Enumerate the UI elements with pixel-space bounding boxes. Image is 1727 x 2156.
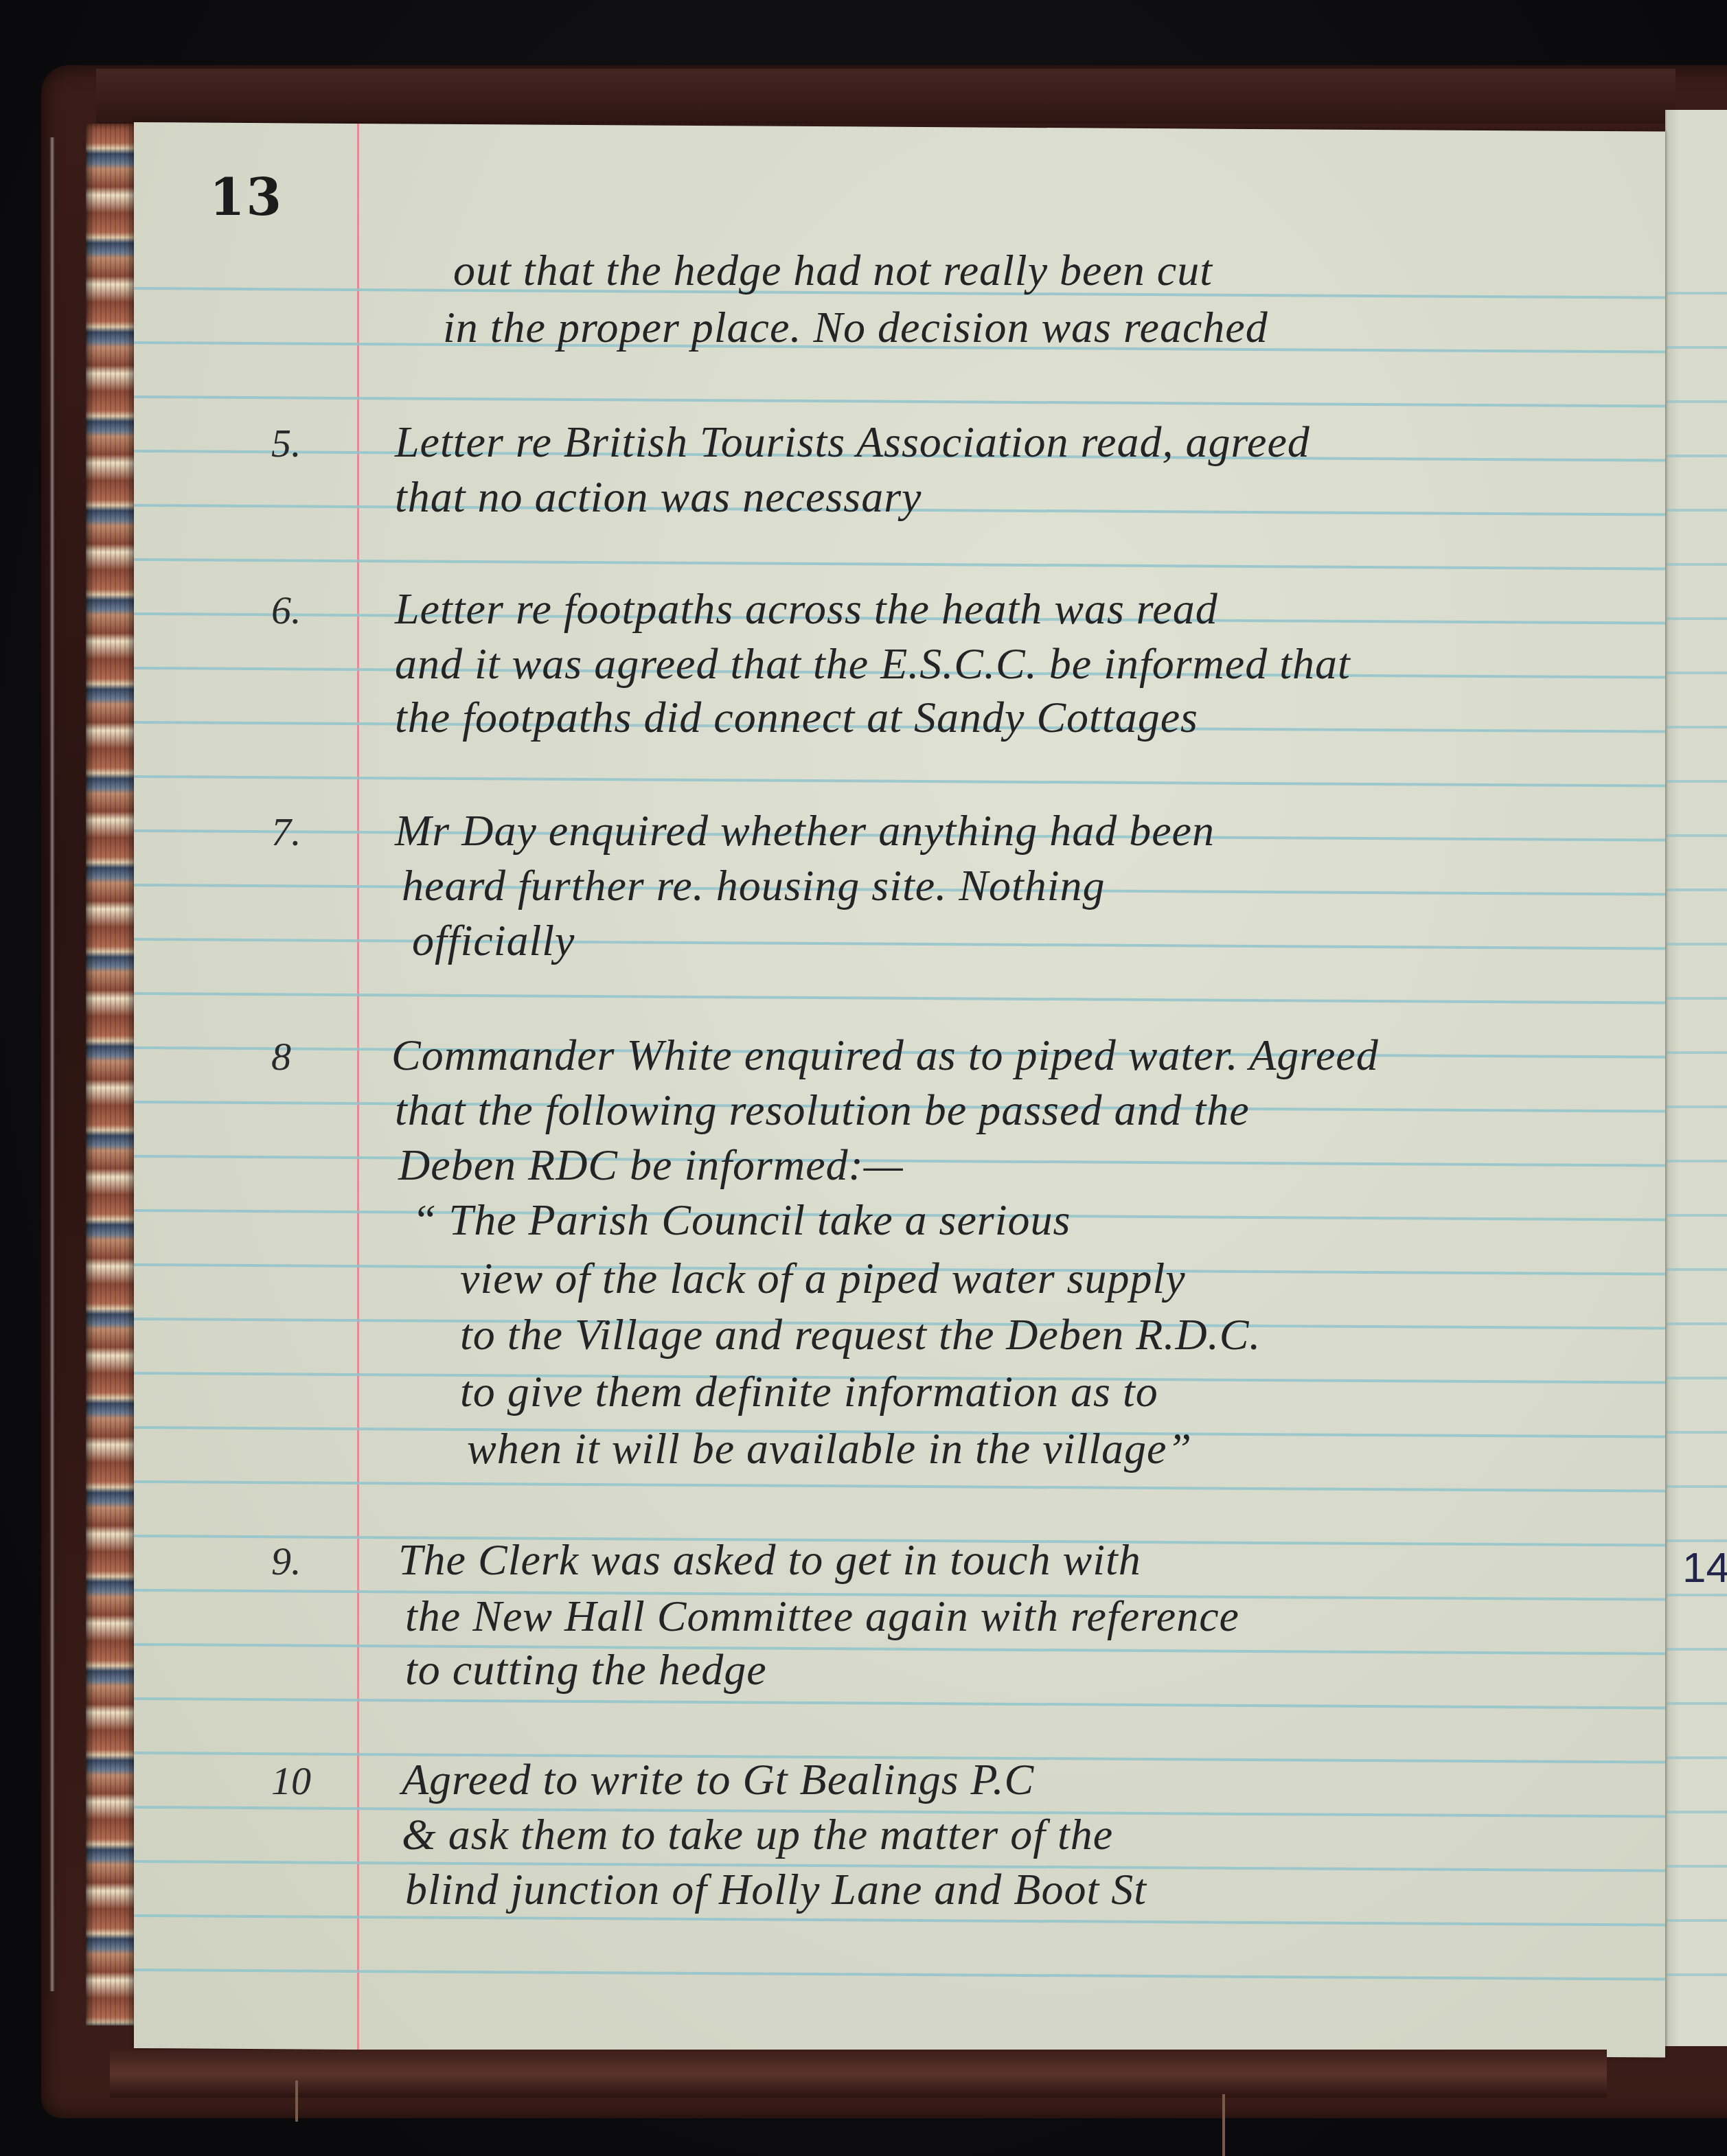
rule-line (1667, 888, 1727, 891)
handwritten-line: that the following resolution be passed … (395, 1088, 1250, 1132)
rule-line (134, 775, 1665, 788)
rule-line (1667, 1160, 1727, 1162)
rule-line (1667, 400, 1727, 403)
frayed-thread (295, 2080, 298, 2122)
rule-line (1667, 1377, 1727, 1379)
handwritten-line: Letter re British Tourists Association r… (395, 420, 1310, 464)
rule-line (134, 1969, 1665, 1981)
cover-top-edge (96, 69, 1675, 124)
rule-line (1667, 455, 1727, 457)
item-number: 10 (271, 1758, 311, 1804)
rule-line (1667, 509, 1727, 512)
rule-line (1667, 1322, 1727, 1325)
rule-line (1667, 1594, 1727, 1596)
rule-line (1667, 1539, 1727, 1542)
rule-line (1667, 1214, 1727, 1217)
rule-line (1667, 1811, 1727, 1813)
rule-line (1667, 346, 1727, 349)
cover-bottom-edge (110, 2050, 1607, 2098)
rule-line (1667, 1268, 1727, 1271)
handwritten-line: to the Village and request the Deben R.D… (460, 1313, 1261, 1357)
rule-line (134, 1643, 1665, 1655)
handwritten-line: when it will be available in the village… (467, 1427, 1192, 1471)
rule-line (1667, 563, 1727, 566)
rule-line (1667, 672, 1727, 674)
rule-line (134, 558, 1665, 571)
rule-line (1667, 726, 1727, 729)
rule-line (1667, 943, 1727, 945)
rule-line (1667, 1865, 1727, 1868)
scan-background: 14 13 out that the hedge had not really … (0, 0, 1727, 2156)
rule-line (1667, 1648, 1727, 1651)
handwritten-line: Agreed to write to Gt Bealings P.C (402, 1758, 1034, 1802)
item-number: 5. (271, 420, 301, 466)
handwritten-line: Deben RDC be informed:— (398, 1143, 904, 1187)
marbled-page-edges (86, 124, 134, 2026)
rule-line (1667, 292, 1727, 295)
handwritten-line: out that the hedge had not really been c… (453, 249, 1213, 293)
rule-line (1667, 834, 1727, 837)
item-number: 9. (271, 1538, 301, 1584)
page-number: 13 (209, 168, 283, 227)
rule-line (1667, 1702, 1727, 1705)
rule-line (1667, 617, 1727, 620)
item-number: 7. (271, 809, 301, 855)
rule-line (1667, 780, 1727, 783)
handwritten-line: blind junction of Holly Lane and Boot St (405, 1868, 1147, 1912)
handwritten-line: and it was agreed that the E.S.C.C. be i… (395, 642, 1351, 686)
rule-line (134, 938, 1665, 950)
rule-line (1667, 1756, 1727, 1759)
rule-line (1667, 1105, 1727, 1108)
handwritten-line: to give them definite information as to (460, 1370, 1158, 1414)
handwritten-line: Commander White enquired as to piped wat… (391, 1033, 1379, 1077)
handwritten-line: The Clerk was asked to get in touch with (398, 1538, 1141, 1582)
frayed-thread (1222, 2094, 1225, 2156)
rule-line (1667, 1973, 1727, 1976)
rule-line (134, 1697, 1665, 1710)
adjacent-page-number: 14 (1682, 1544, 1727, 1592)
handwritten-line: & ask them to take up the matter of the (402, 1813, 1113, 1857)
handwritten-line: Letter re footpaths across the heath was… (395, 587, 1218, 631)
rule-line (134, 992, 1665, 1005)
rule-line (134, 395, 1665, 408)
rule-line (1667, 997, 1727, 1000)
handwritten-line: the New Hall Committee again with refere… (405, 1594, 1239, 1638)
handwritten-line: Mr Day enquired whether anything had bee… (395, 809, 1215, 853)
red-margin-line (357, 124, 359, 2050)
handwritten-line: to cutting the hedge (405, 1648, 767, 1692)
cover-edge-highlight (49, 137, 55, 1991)
rule-line (1667, 1431, 1727, 1434)
handwritten-line: “ The Parish Council take a serious (412, 1198, 1071, 1242)
item-number: 8 (271, 1033, 291, 1079)
adjacent-page-strip (1665, 110, 1727, 2046)
handwritten-line: officially (412, 919, 575, 963)
handwritten-line: that no action was necessary (395, 475, 922, 519)
rule-line (1667, 1051, 1727, 1054)
handwritten-line: heard further re. housing site. Nothing (402, 864, 1105, 908)
item-number: 6. (271, 587, 301, 633)
rule-line (134, 1480, 1665, 1493)
handwritten-line: view of the lack of a piped water supply (460, 1257, 1186, 1300)
rule-line (1667, 1919, 1727, 1922)
handwritten-line: the footpaths did connect at Sandy Cotta… (395, 696, 1198, 739)
rule-line (1667, 1485, 1727, 1488)
handwritten-line: in the proper place. No decision was rea… (443, 306, 1268, 349)
rule-line (134, 1914, 1665, 1927)
